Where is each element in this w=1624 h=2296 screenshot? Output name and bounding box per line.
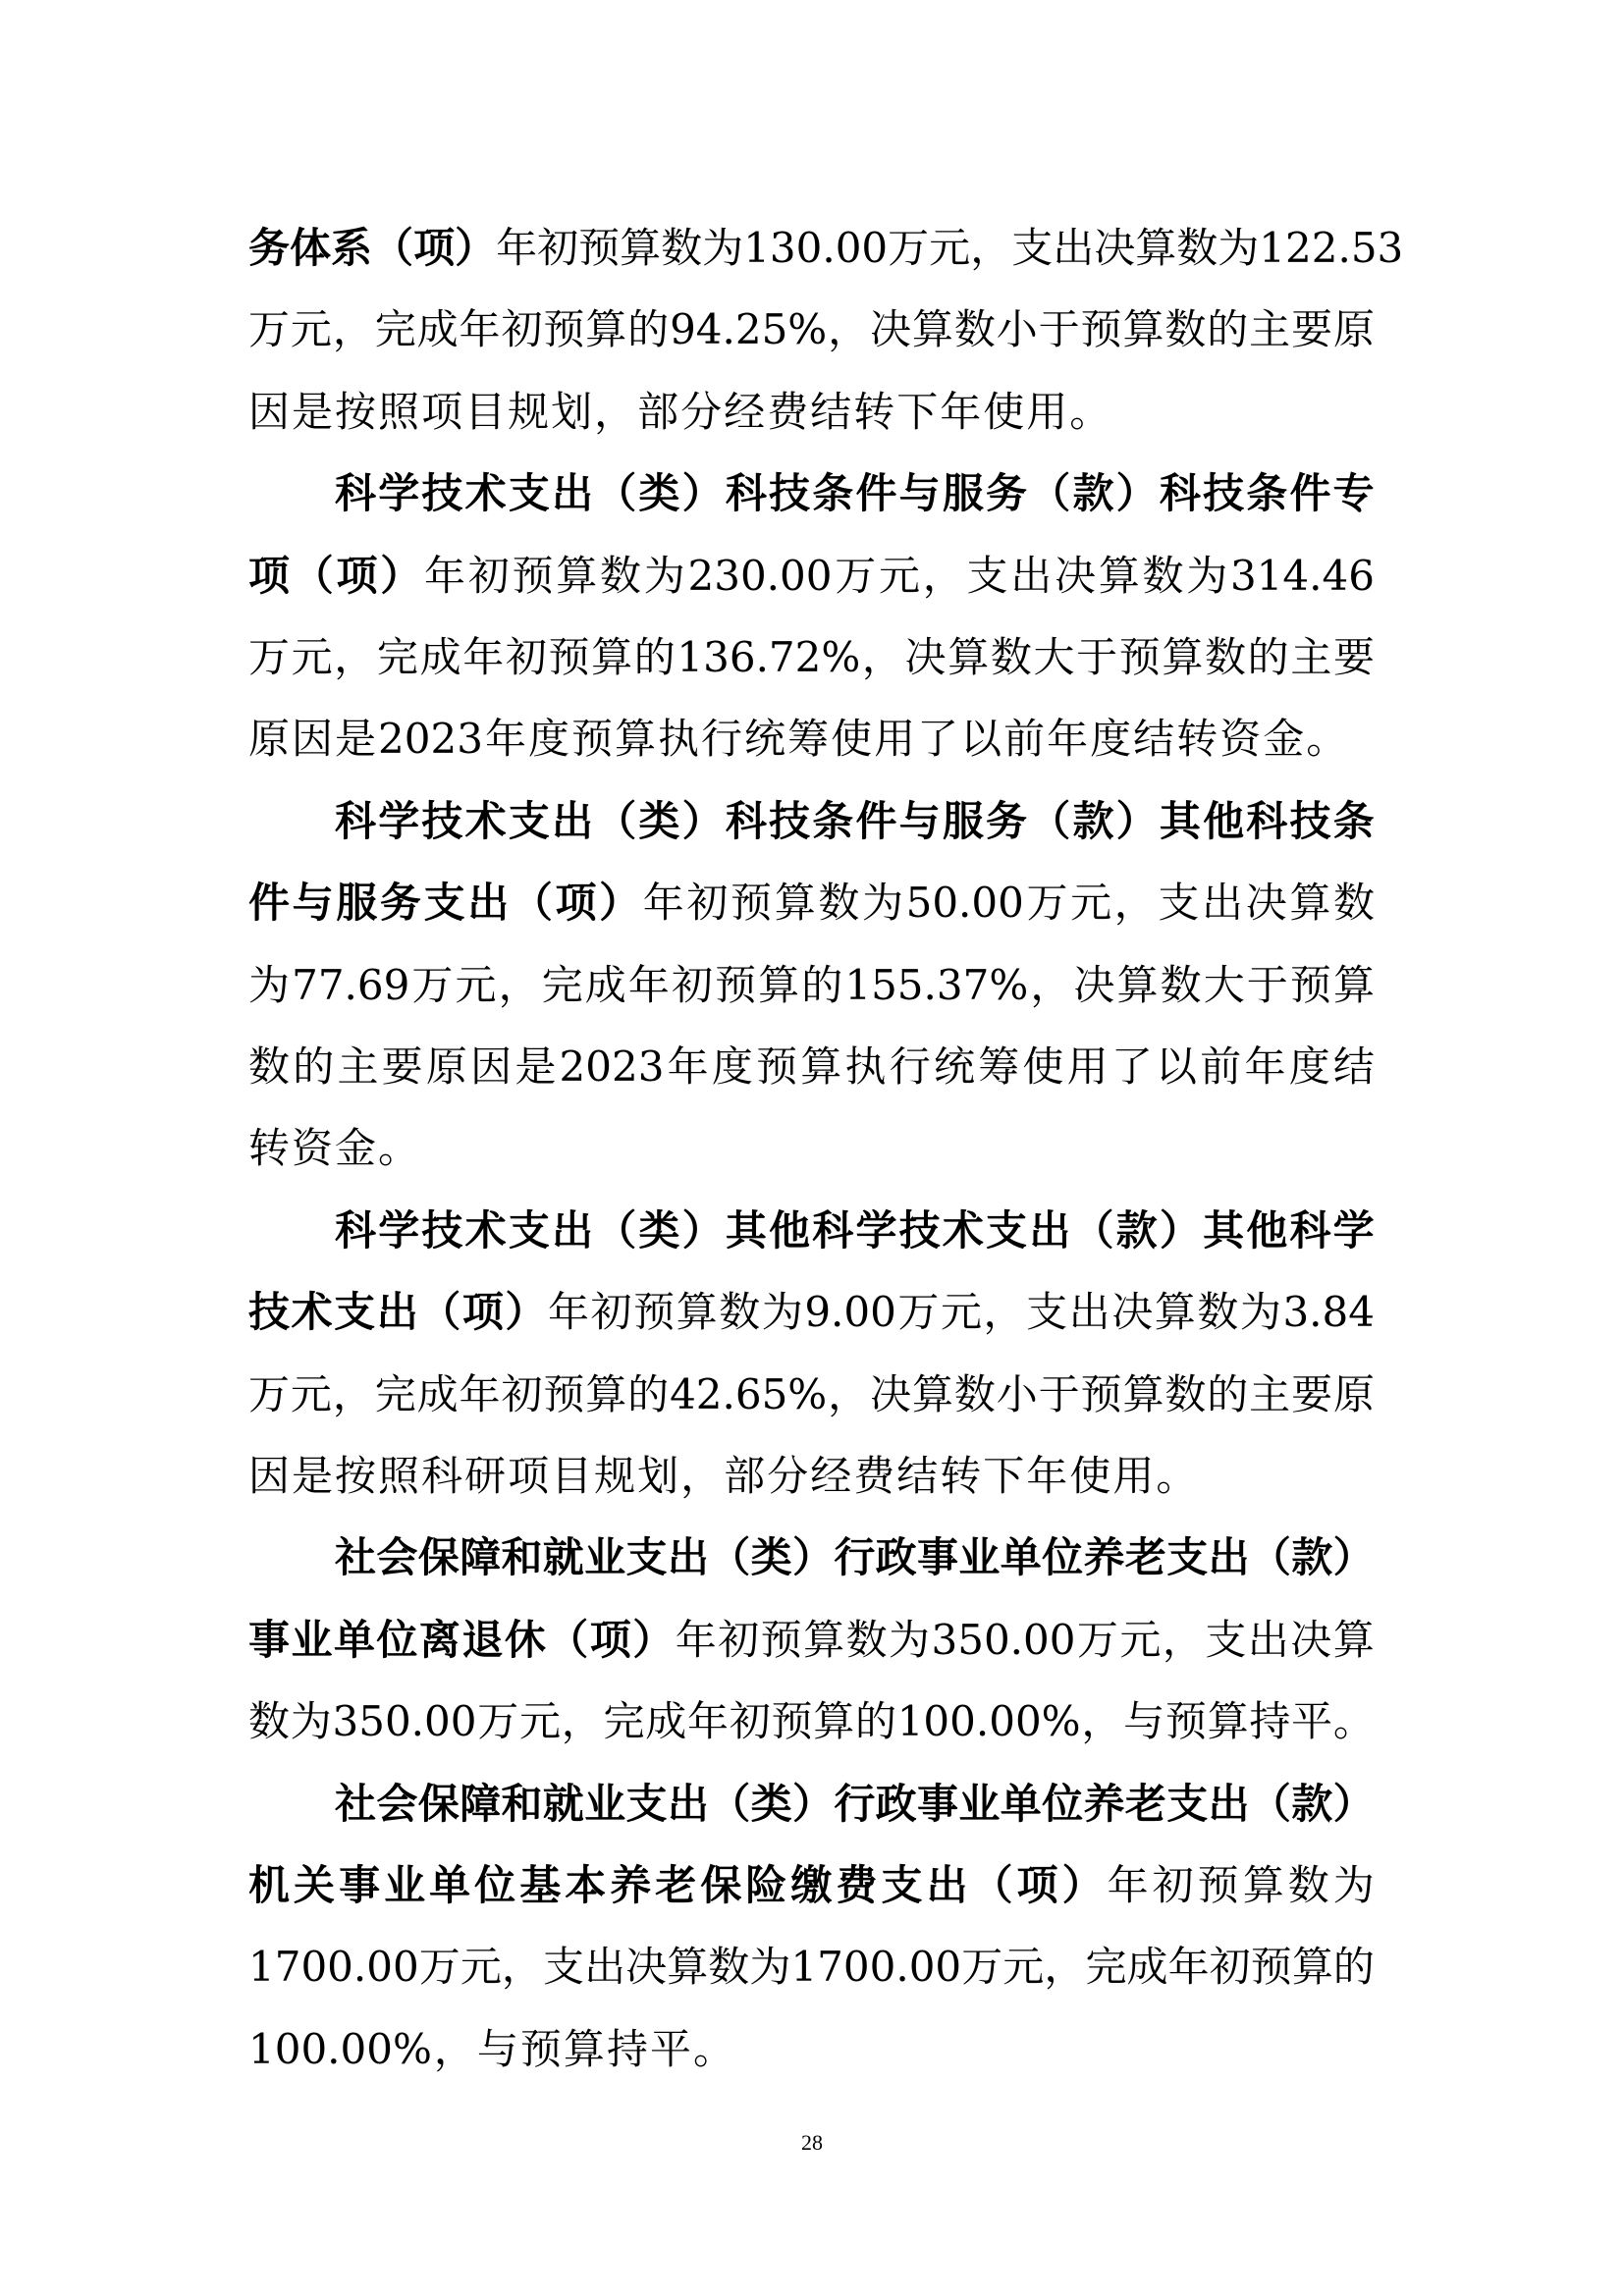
- heading-text: （: [972, 1856, 1013, 1915]
- body-text: ，: [334, 628, 375, 687]
- body-text: 算: [591, 628, 632, 687]
- body-text: ，: [333, 300, 374, 359]
- heading-text: 他: [769, 1201, 810, 1260]
- body-text: 数: [1205, 628, 1246, 687]
- body-text: ，: [923, 547, 964, 606]
- body-text: 数: [954, 300, 996, 359]
- heading-text: 保: [700, 1856, 741, 1915]
- text-line: 件与服务支出（项）年初预算数为50.00万元，支出决算数: [248, 874, 1375, 933]
- body-text: 元: [456, 956, 497, 1015]
- body-text: 年: [1168, 1938, 1210, 1997]
- text-line: 务体系（项）年初预算数为130.00万元，支出决算数为122.53: [248, 219, 1375, 278]
- body-text: 350.00: [333, 1692, 477, 1751]
- body-text: 转: [248, 1119, 290, 1178]
- text-line: 因是按照科研项目规划，部分经费结转下年使用。: [248, 1447, 1375, 1506]
- heading-text: 与: [293, 874, 334, 933]
- heading-text: 件: [855, 792, 896, 851]
- heading-text: 务: [986, 792, 1027, 851]
- text-line: 科学技术支出（类）其他科学技术支出（款）其他科学: [335, 1201, 1375, 1260]
- body-text: 预: [731, 874, 772, 933]
- heading-text: 学: [378, 464, 419, 523]
- body-text: 为: [1218, 219, 1259, 278]
- body-text: 年: [460, 1365, 501, 1424]
- text-line: 科学技术支出（类）科技条件与服务（款）科技条件专: [335, 464, 1375, 523]
- body-text: 数: [719, 1283, 760, 1342]
- body-text: 预: [571, 710, 613, 769]
- heading-text: 就: [543, 1528, 584, 1587]
- heading-text: 款: [1291, 1528, 1332, 1587]
- body-text: 年: [940, 383, 981, 442]
- body-text: 主: [1249, 1365, 1290, 1424]
- heading-text: 老: [655, 1856, 696, 1915]
- heading-text: 支: [626, 1528, 668, 1587]
- heading-text: 件: [855, 464, 896, 523]
- heading-text: 和: [501, 1775, 542, 1834]
- body-text: 持: [607, 2020, 648, 2079]
- body-text: 与: [1123, 1692, 1164, 1751]
- heading-text: 事: [248, 1611, 290, 1670]
- body-text: 万: [477, 1692, 518, 1751]
- body-text: 成: [585, 956, 626, 1015]
- body-text: 预: [715, 956, 756, 1015]
- body-text: 经: [810, 1447, 851, 1506]
- body-text: 数: [1333, 874, 1375, 933]
- body-text: 9.00: [804, 1283, 896, 1342]
- body-text: 使: [831, 710, 872, 769]
- body-text: 2023: [560, 1038, 665, 1096]
- heading-text: 会: [376, 1528, 417, 1587]
- body-text: 数: [1288, 1856, 1329, 1915]
- body-text: 50.00: [906, 874, 1024, 933]
- body-text: 完: [1085, 1938, 1126, 1997]
- body-text: 万: [1026, 874, 1067, 933]
- heading-text: 科: [726, 792, 767, 851]
- body-text: 的: [627, 1365, 669, 1424]
- heading-text: 行: [834, 1528, 875, 1587]
- body-text: 算: [758, 956, 799, 1015]
- heading-text: 项: [555, 874, 596, 933]
- page-number: 28: [0, 2130, 1624, 2156]
- heading-text: （: [595, 792, 636, 851]
- body-text: 行: [890, 1038, 931, 1096]
- body-text: 算: [1208, 1692, 1249, 1751]
- body-text: 万: [248, 300, 290, 359]
- heading-text: 保: [418, 1528, 460, 1587]
- body-text: 成: [417, 300, 459, 359]
- body-text: 算: [912, 1365, 953, 1424]
- text-line: 数为350.00万元，完成年初预算的100.00%，与预算持平。: [248, 1692, 1375, 1751]
- body-text: 费: [853, 1447, 894, 1506]
- body-text: 完: [375, 300, 416, 359]
- heading-text: 费: [836, 1856, 877, 1915]
- body-text: 于: [1039, 1365, 1080, 1424]
- body-text: 136.72%: [677, 628, 860, 687]
- body-text: 算: [556, 547, 597, 606]
- body-text: 初: [718, 1611, 759, 1670]
- body-text: 为: [1186, 547, 1227, 606]
- body-text: 要: [1333, 628, 1375, 687]
- body-text: 。: [1069, 383, 1110, 442]
- body-text: 使: [983, 383, 1024, 442]
- body-text: 的: [1207, 300, 1248, 359]
- body-text: 持: [1249, 1692, 1290, 1751]
- body-text: 预: [633, 1283, 675, 1342]
- heading-text: 出: [926, 1856, 967, 1915]
- body-text: 度: [712, 1038, 753, 1096]
- body-text: 的: [627, 300, 669, 359]
- body-text: 94.25%: [670, 300, 827, 359]
- body-text: 初: [1153, 1856, 1194, 1915]
- body-text: 原: [426, 1038, 467, 1096]
- body-text: 年: [424, 547, 465, 606]
- body-text: 预: [1251, 1938, 1292, 1997]
- heading-text: 类: [751, 1528, 792, 1587]
- body-text: 年: [1244, 1038, 1285, 1096]
- heading-text: 项: [462, 1283, 504, 1342]
- body-text: 出: [1010, 547, 1052, 606]
- heading-text: （: [1072, 1201, 1113, 1260]
- body-text: 了: [1111, 1038, 1153, 1096]
- heading-text: ）: [1333, 1528, 1375, 1587]
- body-text: 预: [543, 1365, 584, 1424]
- body-text: 出: [1248, 1611, 1289, 1670]
- body-text: 算: [803, 1611, 844, 1670]
- body-text: ，: [1030, 956, 1071, 1015]
- body-text: 年: [628, 956, 670, 1015]
- body-text: 执: [658, 710, 699, 769]
- heading-text: 科: [335, 792, 376, 851]
- body-text: 预: [1290, 956, 1331, 1015]
- text-line: 社会保障和就业支出（类）行政事业单位养老支出（款）: [335, 1775, 1375, 1834]
- heading-text: ）: [1333, 1775, 1375, 1834]
- body-text: 年: [462, 628, 504, 687]
- heading-text: 科: [335, 1201, 376, 1260]
- body-text: 年: [460, 300, 501, 359]
- heading-text: 科: [1160, 464, 1201, 523]
- heading-text: 其: [1203, 1201, 1244, 1260]
- body-text: 分: [680, 383, 722, 442]
- body-text: 统: [934, 1038, 975, 1096]
- body-text: ，: [1081, 1692, 1122, 1751]
- text-line: 万元，完成年初预算的136.72%，决算数大于预算数的主要: [248, 628, 1375, 687]
- heading-text: 关: [294, 1856, 335, 1915]
- body-text: 成: [417, 1365, 459, 1424]
- text-line: 万元，完成年初预算的94.25%，决算数小于预算数的主要原: [248, 300, 1375, 359]
- heading-text: 出: [552, 464, 593, 523]
- body-text: 元: [291, 300, 332, 359]
- heading-text: 条: [812, 464, 853, 523]
- body-text: 因: [248, 1447, 290, 1506]
- heading-text: 技: [1203, 464, 1244, 523]
- heading-text: 款: [1291, 1775, 1332, 1834]
- body-text: 部: [724, 1447, 765, 1506]
- body-text: 算: [667, 1938, 708, 1997]
- heading-text: 出: [668, 1528, 709, 1587]
- body-text: 算: [585, 300, 626, 359]
- body-text: 初: [591, 1283, 632, 1342]
- body-text: 算: [1292, 1938, 1333, 1997]
- heading-text: 支: [424, 874, 465, 933]
- body-text: 为: [702, 219, 743, 278]
- heading-text: 他: [1203, 792, 1244, 851]
- body-text: 年: [496, 219, 537, 278]
- heading-text: 条: [1333, 792, 1375, 851]
- heading-text: 出: [467, 874, 509, 933]
- body-text: 数: [661, 219, 702, 278]
- heading-text: 支: [509, 1201, 550, 1260]
- heading-text: 项: [337, 547, 378, 606]
- body-text: 数: [818, 874, 859, 933]
- heading-text: 位: [1042, 1775, 1083, 1834]
- body-text: 100.00%: [248, 2020, 432, 2079]
- body-text: 。: [378, 1119, 419, 1178]
- body-text: 结: [1333, 1038, 1375, 1096]
- heading-text: 出: [1209, 1775, 1250, 1834]
- body-text: 元: [460, 1938, 502, 1997]
- body-text: 预: [520, 2020, 562, 2079]
- body-text: 的: [634, 628, 676, 687]
- body-text: ，: [1114, 874, 1156, 933]
- heading-text: 事: [917, 1775, 958, 1834]
- body-text: 数: [846, 1611, 888, 1670]
- body-text: 155.37%: [844, 956, 1028, 1015]
- body-text: 为: [1333, 1856, 1375, 1915]
- body-text: 决: [1055, 547, 1096, 606]
- body-text: ，: [499, 956, 540, 1015]
- body-text: 万: [961, 1938, 1002, 1997]
- body-text: 算: [775, 874, 816, 933]
- body-text: 用: [1112, 1447, 1154, 1506]
- body-text: 规: [594, 1447, 635, 1506]
- body-text: 支: [966, 547, 1007, 606]
- heading-text: ）: [505, 1283, 546, 1342]
- body-text: 为: [1240, 1283, 1281, 1342]
- body-text: 预: [513, 547, 554, 606]
- heading-text: 学: [378, 792, 419, 851]
- body-text: 为: [762, 1283, 803, 1342]
- body-text: ，: [680, 1447, 722, 1506]
- body-text: 算: [620, 219, 661, 278]
- heading-text: 件: [248, 874, 290, 933]
- body-text: 万: [411, 956, 453, 1015]
- body-text: 平: [650, 2020, 691, 2079]
- body-text: 初: [501, 300, 542, 359]
- heading-text: 类: [638, 464, 679, 523]
- body-text: 77.69: [292, 956, 409, 1015]
- heading-text: 服: [943, 464, 984, 523]
- heading-text: 类: [638, 1201, 679, 1260]
- body-text: ，: [502, 1938, 543, 1997]
- heading-text: 保: [418, 1775, 460, 1834]
- body-text: 前: [1200, 1038, 1241, 1096]
- body-text: 元: [1119, 1611, 1161, 1670]
- heading-text: 出: [377, 1283, 418, 1342]
- heading-text: 其: [1160, 792, 1201, 851]
- body-text: 数: [708, 1938, 749, 1997]
- body-text: 照: [378, 383, 419, 442]
- body-text: 算: [813, 1692, 854, 1751]
- heading-text: 出: [552, 1201, 593, 1260]
- body-text: 金: [1263, 710, 1304, 769]
- heading-text: （: [1250, 1775, 1291, 1834]
- heading-text: 政: [876, 1775, 917, 1834]
- heading-text: 与: [899, 792, 941, 851]
- body-text: 项: [421, 383, 462, 442]
- heading-text: 务: [248, 219, 290, 278]
- heading-text: 件: [1289, 464, 1330, 523]
- heading-text: 支: [509, 792, 550, 851]
- heading-text: （: [1029, 464, 1070, 523]
- body-text: 费: [767, 383, 808, 442]
- body-text: 行: [701, 710, 742, 769]
- text-line: 项（项）年初预算数为230.00万元，支出决算数为314.46: [248, 547, 1375, 606]
- body-text: 项: [508, 1447, 549, 1506]
- body-text: 算: [1122, 300, 1164, 359]
- heading-text: 科: [726, 464, 767, 523]
- body-text: 初: [1210, 1938, 1251, 1997]
- heading-text: （: [595, 1201, 636, 1260]
- body-text: 数: [1197, 1283, 1238, 1342]
- body-text: 支: [1158, 874, 1199, 933]
- heading-text: 支: [1166, 1775, 1208, 1834]
- heading-text: 出: [1209, 1528, 1250, 1587]
- body-text: 因: [292, 710, 333, 769]
- body-text: 主: [337, 1038, 378, 1096]
- body-text: 金: [335, 1119, 376, 1178]
- heading-text: 缴: [790, 1856, 832, 1915]
- heading-text: 业: [958, 1528, 1000, 1587]
- body-text: 支: [1026, 1283, 1067, 1342]
- heading-text: （: [1029, 792, 1070, 851]
- heading-text: 出: [552, 792, 593, 851]
- body-text: 要: [382, 1038, 423, 1096]
- body-text: 初: [672, 956, 713, 1015]
- heading-text: （: [293, 547, 334, 606]
- body-text: 分: [767, 1447, 808, 1506]
- body-text: 年: [1026, 1447, 1067, 1506]
- heading-text: 项: [248, 547, 290, 606]
- heading-text: 术: [292, 1283, 333, 1342]
- heading-text: ）: [455, 219, 496, 278]
- body-text: ，: [1163, 1611, 1204, 1670]
- body-text: 要: [1291, 300, 1332, 359]
- body-text: 支: [543, 1938, 584, 1997]
- heading-text: 就: [543, 1775, 584, 1834]
- text-line: 因是按照项目规划，部分经费结转下年使用。: [248, 383, 1375, 442]
- heading-text: 离: [419, 1611, 460, 1670]
- heading-text: 学: [378, 1201, 419, 1260]
- heading-text: 险: [745, 1856, 786, 1915]
- body-text: 部: [637, 383, 678, 442]
- body-text: 结: [810, 383, 851, 442]
- heading-text: 养: [610, 1856, 651, 1915]
- heading-text: 术: [465, 464, 507, 523]
- heading-text: 款: [1072, 792, 1113, 851]
- heading-text: 支: [334, 1283, 375, 1342]
- body-text: 数: [1161, 956, 1202, 1015]
- body-text: 完: [377, 628, 418, 687]
- heading-text: 业: [291, 1611, 332, 1670]
- body-text: 3.84: [1282, 1283, 1375, 1342]
- heading-text: 服: [336, 874, 377, 933]
- body-text: 预: [1119, 628, 1161, 687]
- body-text: 决: [1290, 1611, 1331, 1670]
- body-text: 算: [1243, 1856, 1284, 1915]
- heading-text: 技: [421, 1201, 462, 1260]
- body-text: 结: [896, 1447, 938, 1506]
- body-text: 初: [537, 219, 578, 278]
- body-text: 预: [756, 1038, 797, 1096]
- body-text: 初: [506, 628, 547, 687]
- heading-text: 业: [384, 1856, 425, 1915]
- heading-text: 学: [855, 1201, 896, 1260]
- body-text: 数: [1164, 300, 1206, 359]
- heading-text: 其: [726, 1201, 767, 1260]
- heading-text: （: [595, 464, 636, 523]
- body-text: 度: [1289, 1038, 1330, 1096]
- heading-text: ）: [1116, 464, 1158, 523]
- heading-text: 科: [812, 1201, 853, 1260]
- heading-text: 术: [465, 1201, 507, 1260]
- body-text: 出: [1202, 874, 1243, 933]
- heading-text: 与: [899, 464, 941, 523]
- heading-text: 事: [917, 1528, 958, 1587]
- heading-text: 项: [1017, 1856, 1058, 1915]
- heading-text: （: [512, 874, 553, 933]
- body-text: 年: [643, 874, 684, 933]
- body-text: 为: [291, 1692, 332, 1751]
- body-text: 1700.00: [790, 1938, 961, 1997]
- body-text: 元: [1002, 1938, 1044, 1997]
- body-text: 为: [862, 874, 903, 933]
- heading-text: 系: [331, 219, 372, 278]
- heading-text: 单: [334, 1611, 375, 1670]
- body-text: 统: [744, 710, 785, 769]
- heading-text: ）: [1160, 1201, 1201, 1260]
- body-text: 大: [1033, 628, 1074, 687]
- body-text: 出: [584, 1938, 625, 1997]
- body-text: 前: [1003, 710, 1045, 769]
- body-text: 原: [1333, 1365, 1375, 1424]
- body-text: 决: [870, 1365, 911, 1424]
- heading-text: 科: [1246, 792, 1287, 851]
- heading-text: ）: [380, 547, 421, 606]
- body-text: 初: [730, 1692, 771, 1751]
- body-text: 的: [1248, 628, 1289, 687]
- body-text: 元: [879, 547, 920, 606]
- heading-text: 条: [1246, 464, 1287, 523]
- body-text: 执: [845, 1038, 887, 1096]
- body-text: 使: [1069, 1447, 1110, 1506]
- body-text: 算: [677, 1283, 718, 1342]
- body-text: 资: [292, 1119, 333, 1178]
- heading-text: ）: [682, 464, 724, 523]
- body-text: 预: [761, 1611, 802, 1670]
- body-text: 决: [1111, 1283, 1153, 1342]
- body-text: 决: [905, 628, 947, 687]
- body-text: 支: [1205, 1611, 1246, 1670]
- body-text: 是: [514, 1038, 556, 1096]
- body-text: 是: [292, 1447, 333, 1506]
- body-text: 预: [548, 628, 589, 687]
- body-text: 科: [421, 1447, 462, 1506]
- body-text: 元: [941, 1283, 982, 1342]
- body-text: 算: [1122, 1365, 1164, 1424]
- body-text: 因: [248, 383, 290, 442]
- heading-text: （: [419, 1283, 460, 1342]
- heading-text: 休: [505, 1611, 546, 1670]
- body-text: 1700.00: [248, 1938, 419, 1997]
